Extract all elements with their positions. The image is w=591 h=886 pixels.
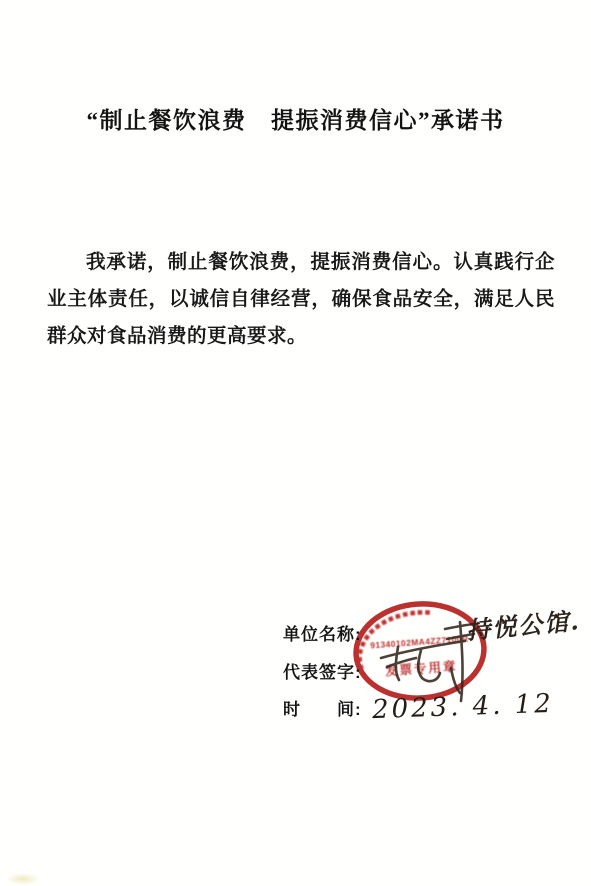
pledge-document-page: “制止餐饮浪费 提振消费信心”承诺书 我承诺，制止餐饮浪费，提振消费信心。认真践… (0, 0, 591, 886)
field-row-representative-signature: 代表签字: (283, 652, 362, 690)
representative-signature-label: 代表签字: (283, 658, 362, 683)
signature-fields: 单位名称: 代表签字: 时 间: (283, 614, 362, 727)
field-row-date: 时 间: (283, 689, 362, 727)
unit-name-label: 单位名称: (283, 620, 362, 645)
scan-smudge-artifact (6, 873, 40, 885)
date-label: 时 间: (283, 695, 362, 720)
date-handwritten: 2023. 4. 12 (372, 689, 555, 725)
pledge-paragraph: 我承诺，制止餐饮浪费，提振消费信心。认真践行企业主体责任，以诚信自律经营，确保食… (47, 244, 555, 355)
document-title: “制止餐饮浪费 提振消费信心”承诺书 (0, 102, 591, 135)
field-row-unit-name: 单位名称: (283, 614, 362, 652)
